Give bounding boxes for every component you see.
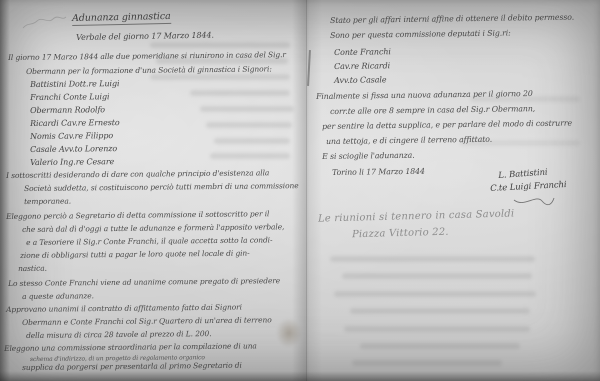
paragraph-line: Obermann e Conte Franchi col Sig.r Quart… bbox=[22, 315, 272, 327]
ink-show-through bbox=[210, 153, 290, 159]
attendee-name: Valerio Ing.re Cesare bbox=[30, 157, 114, 167]
pencil-scribble bbox=[20, 12, 68, 34]
paragraph-line: per sentire la detta supplica, e per par… bbox=[322, 119, 572, 131]
ink-show-through bbox=[190, 90, 290, 96]
paragraph-line: Eleggono una commissione straordinaria p… bbox=[4, 341, 257, 353]
paper-edge-bottom bbox=[0, 371, 600, 381]
ink-show-through bbox=[352, 360, 502, 366]
attendee-name: Ricardi Cav.re Ernesto bbox=[30, 118, 120, 128]
ink-show-through bbox=[334, 291, 536, 297]
attendee-name: Franchi Conte Luigi bbox=[30, 92, 110, 102]
ink-show-through bbox=[206, 122, 292, 128]
paragraph-line: che sarà dal dì d'oggi a tutte le adunan… bbox=[22, 222, 284, 234]
ink-show-through bbox=[200, 106, 294, 112]
attendee-name: Obermann Rodolfo bbox=[30, 105, 105, 115]
paragraph-line: a queste adunanze. bbox=[22, 291, 94, 301]
ink-show-through bbox=[150, 42, 290, 48]
closing-line: E si scioglie l'adunanza. bbox=[322, 151, 415, 161]
deputy-name: Conte Franchi bbox=[334, 47, 391, 57]
attendee-name: Casale Avv.to Lorenzo bbox=[30, 144, 117, 154]
signature-flourish bbox=[512, 194, 556, 208]
signature: C.te Luigi Franchi bbox=[490, 180, 567, 194]
document-title: Adunanza ginnastica bbox=[72, 11, 171, 26]
intro-line: Obermann per la formazione d'una Società… bbox=[26, 64, 272, 76]
continuation-line: Stato per gli affari interni affine di o… bbox=[330, 13, 574, 25]
paragraph-line: temporanea. bbox=[24, 197, 71, 206]
ink-show-through bbox=[344, 326, 530, 332]
pencil-note-line: Le riunioni si tennero in casa Savoldi bbox=[318, 208, 515, 224]
binding-crease bbox=[306, 0, 307, 381]
paragraph-line: Finalmente si fissa una nuova adunanza p… bbox=[316, 89, 533, 101]
document-subtitle: Verbale del giorno 17 Marzo 1844. bbox=[76, 31, 214, 42]
dateline: Torino li 17 Marzo 1844 bbox=[332, 167, 425, 177]
ink-show-through bbox=[360, 343, 520, 349]
attendee-name: Nomis Cav.re Filippo bbox=[30, 131, 113, 141]
paragraph-line: zione di obbligarsi tutti a pagar le lor… bbox=[20, 249, 250, 260]
ink-show-through bbox=[350, 308, 530, 314]
paragraph-line: Approvano unanimi il contratto di affitt… bbox=[6, 303, 242, 314]
page-gutter-shadow bbox=[292, 0, 322, 381]
signature: L. Battistini bbox=[498, 168, 548, 181]
attendee-name: Battistini Dott.re Luigi bbox=[30, 79, 119, 89]
paragraph-line: nastica. bbox=[18, 264, 47, 273]
ink-show-through bbox=[214, 138, 290, 144]
deputy-name: Cav.re Ricardi bbox=[334, 61, 390, 71]
paragraph-line: I sottoscritti desiderando di dare con q… bbox=[6, 168, 269, 180]
pencil-note-line: Piazza Vittorio 22. bbox=[352, 227, 449, 241]
ink-show-through bbox=[150, 74, 290, 80]
paragraph-line: e a Tesoriere il Sig.r Conte Franchi, il… bbox=[26, 235, 272, 247]
paragraph-line: Eleggono perciò a Segretario di detta co… bbox=[6, 209, 269, 221]
intro-line: Il giorno 17 Marzo 1844 alle due pomerid… bbox=[8, 50, 286, 62]
paragraph-line: Lo stesso Conte Franchi viene ad unanime… bbox=[8, 276, 280, 288]
paragraph-line: una tettoja, e di cingere il terreno aff… bbox=[326, 135, 492, 146]
paragraph-line: della misura di circa 28 tavole al prezz… bbox=[26, 329, 212, 340]
ink-show-through bbox=[342, 273, 532, 279]
deputy-name: Avv.to Casale bbox=[334, 75, 387, 85]
paragraph-line: corr.te alle ore 8 sempre in casa del Si… bbox=[330, 104, 535, 116]
ink-show-through bbox=[330, 256, 535, 262]
manuscript-scan: Adunanza ginnastica Verbale del giorno 1… bbox=[0, 0, 600, 381]
continuation-line: Sono per questa commissione deputati i S… bbox=[330, 28, 511, 40]
paragraph-line: Società suddetta, si costituiscono perci… bbox=[24, 181, 299, 193]
